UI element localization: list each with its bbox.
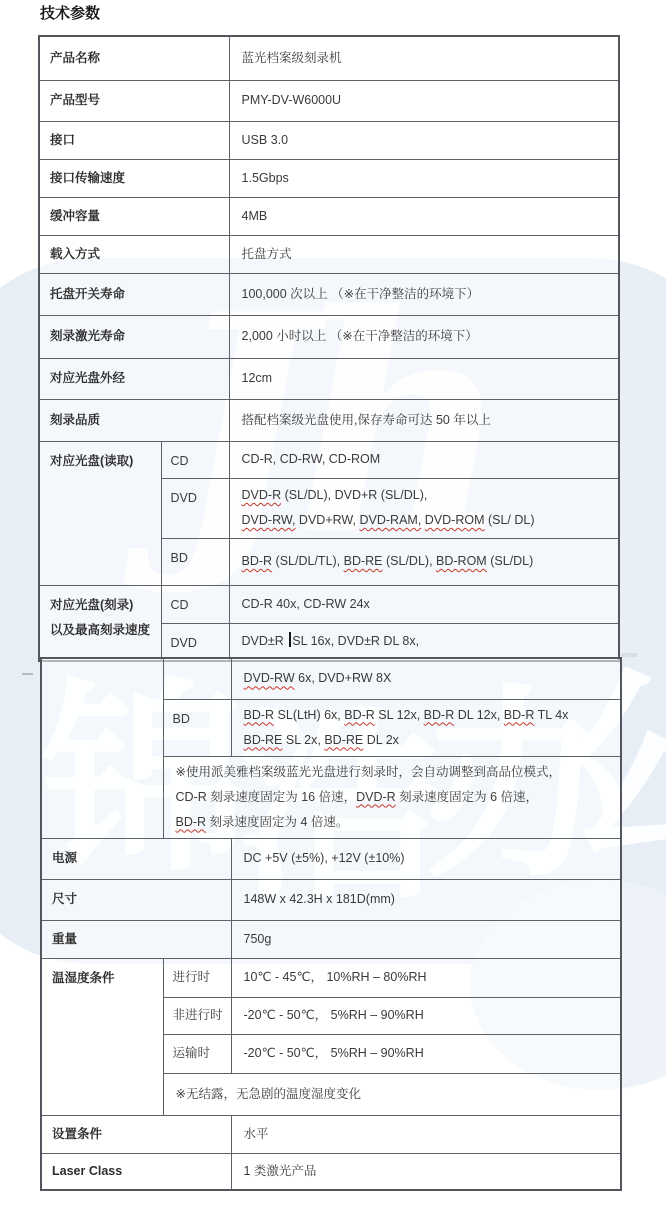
table-row: 对应光盘(读取) CD CD-R, CD-RW, CD-ROM (39, 441, 619, 478)
table-row: DVD-RW 6x, DVD+RW 8X (41, 658, 621, 699)
table-row: Laser Class 1 类激光产品 (41, 1153, 621, 1190)
spec-value-cell[interactable]: 1 类激光产品 (231, 1153, 621, 1190)
table-row: 重量 750g (41, 920, 621, 958)
table-row: 接口 USB 3.0 (39, 121, 619, 159)
spec-label-cell[interactable]: 尺寸 (41, 879, 231, 920)
spec-value-cell[interactable]: 搭配档案级光盘使用,保存寿命可达 50 年以上 (229, 399, 619, 441)
spec-sub-cell[interactable]: BD (163, 699, 231, 756)
spec-label-cell[interactable]: 重量 (41, 920, 231, 958)
spec-sub-cell[interactable] (163, 658, 231, 699)
spec-label-cell[interactable]: 对应光盘(刻录) 以及最高刻录速度 (39, 585, 161, 661)
spec-value-cell[interactable]: 水平 (231, 1115, 621, 1153)
spec-value-cell[interactable]: BD-R SL(LtH) 6x, BD-R SL 12x, BD-R DL 12… (231, 699, 621, 756)
spec-sub-cell[interactable]: 运输时 (163, 1034, 231, 1073)
table-row: 对应光盘(刻录) 以及最高刻录速度 CD CD-R 40x, CD-RW 24x (39, 585, 619, 623)
spec-value-cell[interactable]: 1.5Gbps (229, 159, 619, 197)
spec-sub-cell[interactable]: CD (161, 441, 229, 478)
spec-label-cell[interactable]: 托盘开关寿命 (39, 273, 229, 315)
spec-value-cell[interactable]: -20℃ - 50℃， 5%RH – 90%RH (231, 1034, 621, 1073)
spec-value-cell[interactable]: CD-R 40x, CD-RW 24x (229, 585, 619, 623)
spec-label-cell[interactable]: Laser Class (41, 1153, 231, 1190)
table-row: 电源 DC +5V (±5%), +12V (±10%) (41, 838, 621, 879)
table-row: 温湿度条件 进行时 10℃ - 45℃， 10%RH – 80%RH (41, 958, 621, 997)
table-row: 产品名称 蓝光档案级刻录机 (39, 36, 619, 80)
spec-value-cell[interactable]: BD-R (SL/DL/TL), BD-RE (SL/DL), BD-ROM (… (229, 538, 619, 585)
spec-sub-cell[interactable]: CD (161, 585, 229, 623)
spec-label-cell[interactable]: 接口 (39, 121, 229, 159)
spec-label-cell[interactable]: 温湿度条件 (41, 958, 163, 1115)
spec-value-cell[interactable]: 12cm (229, 358, 619, 399)
spec-value-cell[interactable]: 4MB (229, 197, 619, 235)
document-page[interactable]: Jh 锦 浩 办 公 技术参数 产品名称 蓝光档案级刻录机 产品型号 PMY-D… (0, 0, 666, 1220)
spec-label-cell[interactable]: 刻录激光寿命 (39, 315, 229, 358)
spec-value-cell[interactable]: DVD-R (SL/DL), DVD+R (SL/DL),DVD-RW, DVD… (229, 478, 619, 538)
spec-table-part2: DVD-RW 6x, DVD+RW 8X BD BD-R SL(LtH) 6x,… (40, 657, 622, 1191)
spec-table-part1: 产品名称 蓝光档案级刻录机 产品型号 PMY-DV-W6000U 接口 USB … (38, 35, 620, 662)
table-row: 接口传输速度 1.5Gbps (39, 159, 619, 197)
spec-value-cell[interactable]: CD-R, CD-RW, CD-ROM (229, 441, 619, 478)
spec-value-cell[interactable]: PMY-DV-W6000U (229, 80, 619, 121)
spec-label-cell[interactable]: 产品型号 (39, 80, 229, 121)
text-cursor (289, 632, 291, 647)
spec-label-cell[interactable]: 接口传输速度 (39, 159, 229, 197)
table-row: 尺寸 148W x 42.3H x 181D(mm) (41, 879, 621, 920)
spec-label-line: 对应光盘(刻录) (50, 593, 153, 618)
spec-value-cell[interactable]: 2,000 小时以上 （※在干净整洁的环境下） (229, 315, 619, 358)
spec-sub-cell[interactable]: DVD (161, 623, 229, 661)
table-row: 缓冲容量 4MB (39, 197, 619, 235)
spec-label-line: 以及最高刻录速度 (50, 618, 153, 643)
spec-value-cell[interactable]: 750g (231, 920, 621, 958)
spec-label-cell[interactable]: 缓冲容量 (39, 197, 229, 235)
spec-label-cell[interactable] (41, 658, 163, 838)
spec-label-cell[interactable]: 载入方式 (39, 235, 229, 273)
spec-sub-cell[interactable]: DVD (161, 478, 229, 538)
table-row: 产品型号 PMY-DV-W6000U (39, 80, 619, 121)
spec-label-cell[interactable]: 刻录品质 (39, 399, 229, 441)
spec-sub-cell[interactable]: 非进行时 (163, 997, 231, 1034)
spec-value-cell[interactable]: 托盘方式 (229, 235, 619, 273)
spec-sub-cell[interactable]: 进行时 (163, 958, 231, 997)
spec-value-cell[interactable]: DVD±R SL 16x, DVD±R DL 8x, (229, 623, 619, 661)
spec-value-cell[interactable]: 蓝光档案级刻录机 (229, 36, 619, 80)
table-row: 刻录品质 搭配档案级光盘使用,保存寿命可达 50 年以上 (39, 399, 619, 441)
spec-label-cell[interactable]: 产品名称 (39, 36, 229, 80)
spec-value-cell[interactable]: DVD-RW 6x, DVD+RW 8X (231, 658, 621, 699)
spec-sub-cell[interactable]: BD (161, 538, 229, 585)
spec-value-cell[interactable]: -20℃ - 50℃， 5%RH – 90%RH (231, 997, 621, 1034)
table-row: 刻录激光寿命 2,000 小时以上 （※在干净整洁的环境下） (39, 315, 619, 358)
spec-note-cell[interactable]: ※使用派美雅档案级蓝光光盘进行刻录时，会自动调整到高品位模式，CD-R 刻录速度… (163, 756, 621, 838)
spec-note-cell[interactable]: ※无结露，无急剧的温度湿度变化 (163, 1073, 621, 1115)
spec-label-cell[interactable]: 设置条件 (41, 1115, 231, 1153)
table-row: 对应光盘外经 12cm (39, 358, 619, 399)
spec-value-cell[interactable]: DC +5V (±5%), +12V (±10%) (231, 838, 621, 879)
spec-value-cell[interactable]: USB 3.0 (229, 121, 619, 159)
table-row: 托盘开关寿命 100,000 次以上 （※在干净整洁的环境下） (39, 273, 619, 315)
page-break-mark-left (22, 673, 33, 675)
spec-value-cell[interactable]: 10℃ - 45℃， 10%RH – 80%RH (231, 958, 621, 997)
table-row: 载入方式 托盘方式 (39, 235, 619, 273)
table-row: 设置条件 水平 (41, 1115, 621, 1153)
spec-value-cell[interactable]: 100,000 次以上 （※在干净整洁的环境下） (229, 273, 619, 315)
spec-value-cell[interactable]: 148W x 42.3H x 181D(mm) (231, 879, 621, 920)
spec-label-cell[interactable]: 电源 (41, 838, 231, 879)
spec-label-cell[interactable]: 对应光盘(读取) (39, 441, 161, 585)
page-title: 技术参数 (40, 4, 100, 24)
page-break-mark-right (621, 653, 637, 657)
spec-label-cell[interactable]: 对应光盘外经 (39, 358, 229, 399)
